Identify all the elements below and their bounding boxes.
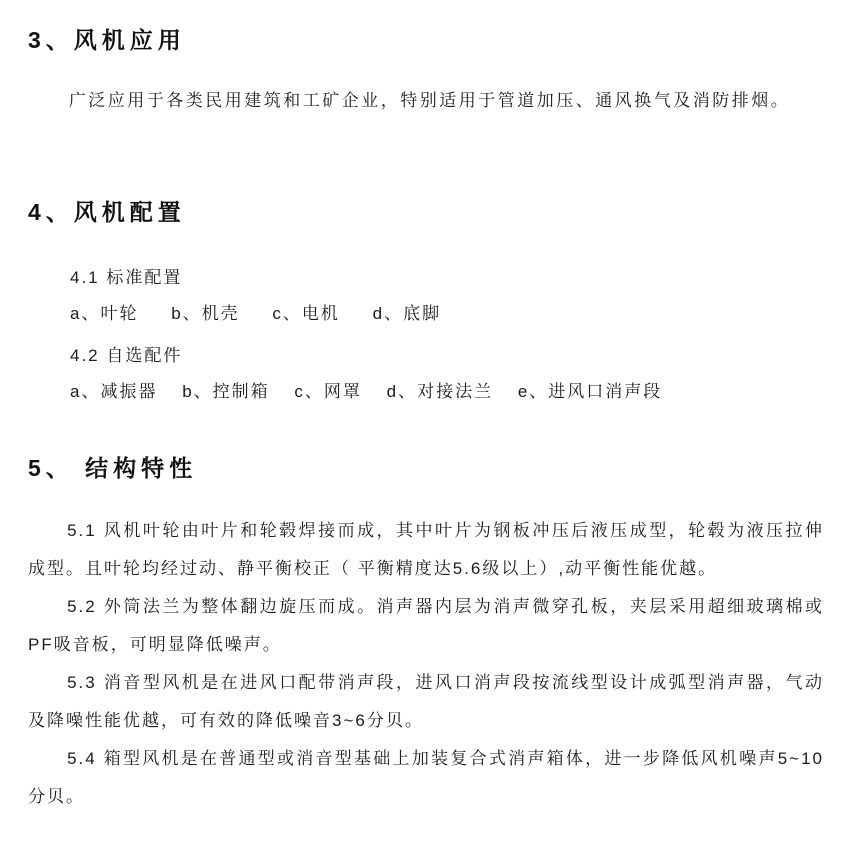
section-fan-configuration: 4、风机配置 4.1 标准配置 a、叶轮 b、机壳 c、电机 d、底脚 4.2 … [28,194,824,404]
section-heading-structural-features: 5、 结构特性 [28,450,824,486]
feature-paragraph-5-3: 5.3 消音型风机是在进风口配带消声段，进风口消声段按流线型设计成弧型消声器，气… [28,664,824,740]
config-item: c、网罩 [294,380,362,404]
config-item: a、叶轮 [70,302,138,326]
config-item: a、减振器 [70,380,157,404]
structural-features-list: 5.1 风机叶轮由叶片和轮毂焊接而成，其中叶片为钢板冲压后液压成型，轮毂为液压拉… [28,512,824,816]
standard-config-items: a、叶轮 b、机壳 c、电机 d、底脚 [70,302,824,326]
optional-config-title: 4.2 自选配件 [70,344,824,368]
feature-paragraph-5-2: 5.2 外筒法兰为整体翻边旋压而成。消声器内层为消声微穿孔板，夹层采用超细玻璃棉… [28,588,824,664]
config-item: b、机壳 [171,302,239,326]
section-heading-fan-application: 3、风机应用 [28,22,824,58]
section-heading-fan-configuration: 4、风机配置 [28,194,824,230]
section-fan-application: 3、风机应用 广泛应用于各类民用建筑和工矿企业，特别适用于管道加压、通风换气及消… [28,22,824,114]
fan-application-paragraph: 广泛应用于各类民用建筑和工矿企业，特别适用于管道加压、通风换气及消防排烟。 [28,88,824,114]
document-page: 3、风机应用 广泛应用于各类民用建筑和工矿企业，特别适用于管道加压、通风换气及消… [0,0,850,842]
standard-config-title: 4.1 标准配置 [70,266,824,290]
config-item: e、进风口消声段 [518,380,662,404]
optional-config-items: a、减振器 b、控制箱 c、网罩 d、对接法兰 e、进风口消声段 [70,380,824,404]
config-item: b、控制箱 [182,380,269,404]
config-item: d、对接法兰 [387,380,493,404]
config-item: c、电机 [272,302,340,326]
config-item: d、底脚 [373,302,441,326]
feature-paragraph-5-4: 5.4 箱型风机是在普通型或消音型基础上加装复合式消声箱体，进一步降低风机噪声5… [28,740,824,816]
feature-paragraph-5-1: 5.1 风机叶轮由叶片和轮毂焊接而成，其中叶片为钢板冲压后液压成型，轮毂为液压拉… [28,512,824,588]
section-structural-features: 5、 结构特性 5.1 风机叶轮由叶片和轮毂焊接而成，其中叶片为钢板冲压后液压成… [28,450,824,816]
